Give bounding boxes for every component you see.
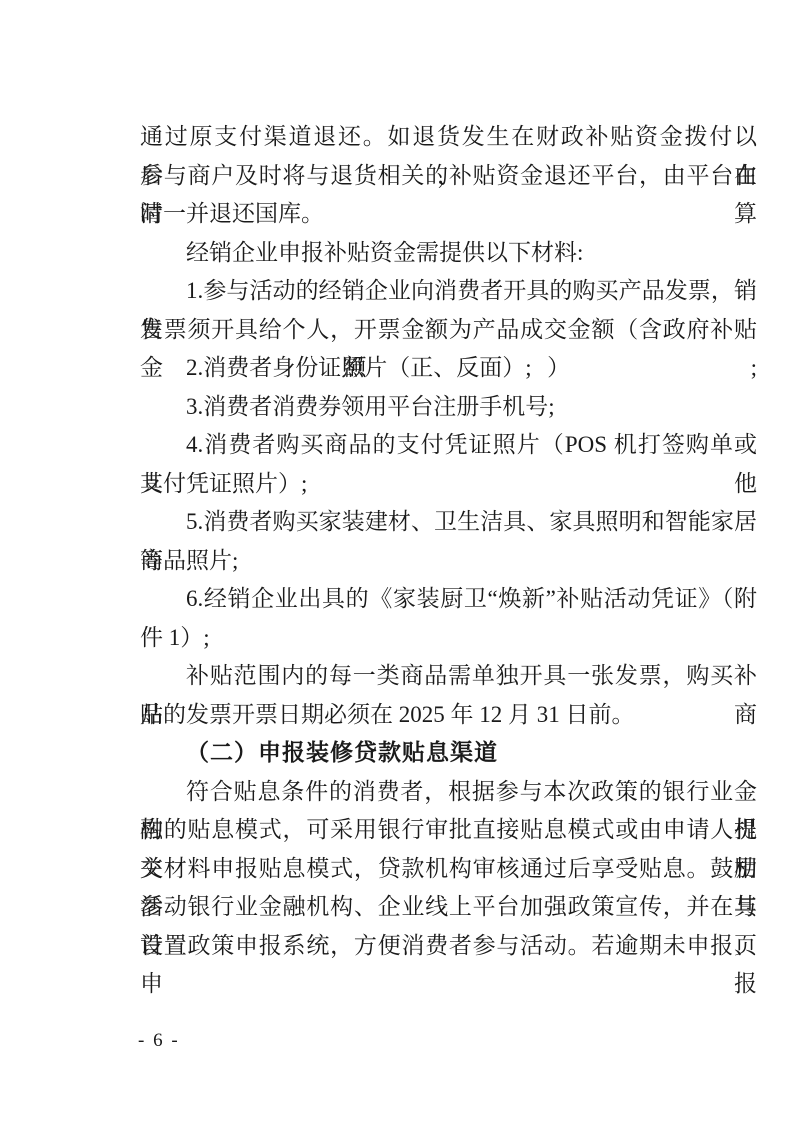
text-line: 3.消费者消费券领用平台注册手机号;	[140, 388, 757, 427]
text-line: 4.消费者购买商品的支付凭证照片（POS 机打签购单或其他	[140, 426, 757, 465]
text-line: 设置政策申报系统，方便消费者参与活动。若逾期未申报、申报	[140, 927, 757, 966]
text-line: 6.经销企业出具的《家装厨卫“焕新”补贴活动凭证》（附	[140, 580, 757, 619]
text-line: 活动银行业金融机构、企业线上平台加强政策宣传，并在其首页	[140, 888, 757, 927]
text-line: 件 1）;	[140, 619, 757, 658]
text-line: 5.消费者购买家装建材、卫生洁具、家具照明和智能家居等	[140, 503, 757, 542]
text-line: 商品照片;	[140, 542, 757, 581]
text-line: 经销企业申报补贴资金需提供以下材料:	[140, 234, 757, 273]
section-heading: （二）申报装修贷款贴息渠道	[140, 734, 757, 773]
text-line: 构的贴息模式，可采用银行审批直接贴息模式或由申请人提交相	[140, 811, 757, 850]
document-page: 通过原支付渠道退还。如退货发生在财政补贴资金拨付以后，由 参与商户及时将与退货相…	[0, 0, 793, 1122]
text-line: 通过原支付渠道退还。如退货发生在财政补贴资金拨付以后，由	[140, 118, 757, 157]
text-line: 1.参与活动的经销企业向消费者开具的购买产品发票，销售	[140, 272, 757, 311]
text-line: 关材料申报贴息模式，贷款机构审核通过后享受贴息。鼓励参与	[140, 850, 757, 889]
text-line: 参与商户及时将与退货相关的补贴资金退还平台，由平台在清算	[140, 157, 757, 196]
page-number: - 6 -	[138, 1030, 180, 1052]
text-line: 符合贴息条件的消费者，根据参与本次政策的银行业金融机	[140, 773, 757, 812]
text-line: 补贴范围内的每一类商品需单独开具一张发票，购买补贴商	[140, 657, 757, 696]
document-body: 通过原支付渠道退还。如退货发生在财政补贴资金拨付以后，由 参与商户及时将与退货相…	[140, 118, 757, 965]
text-line: 发票须开具给个人，开票金额为产品成交金额（含政府补贴金额）;	[140, 311, 757, 350]
